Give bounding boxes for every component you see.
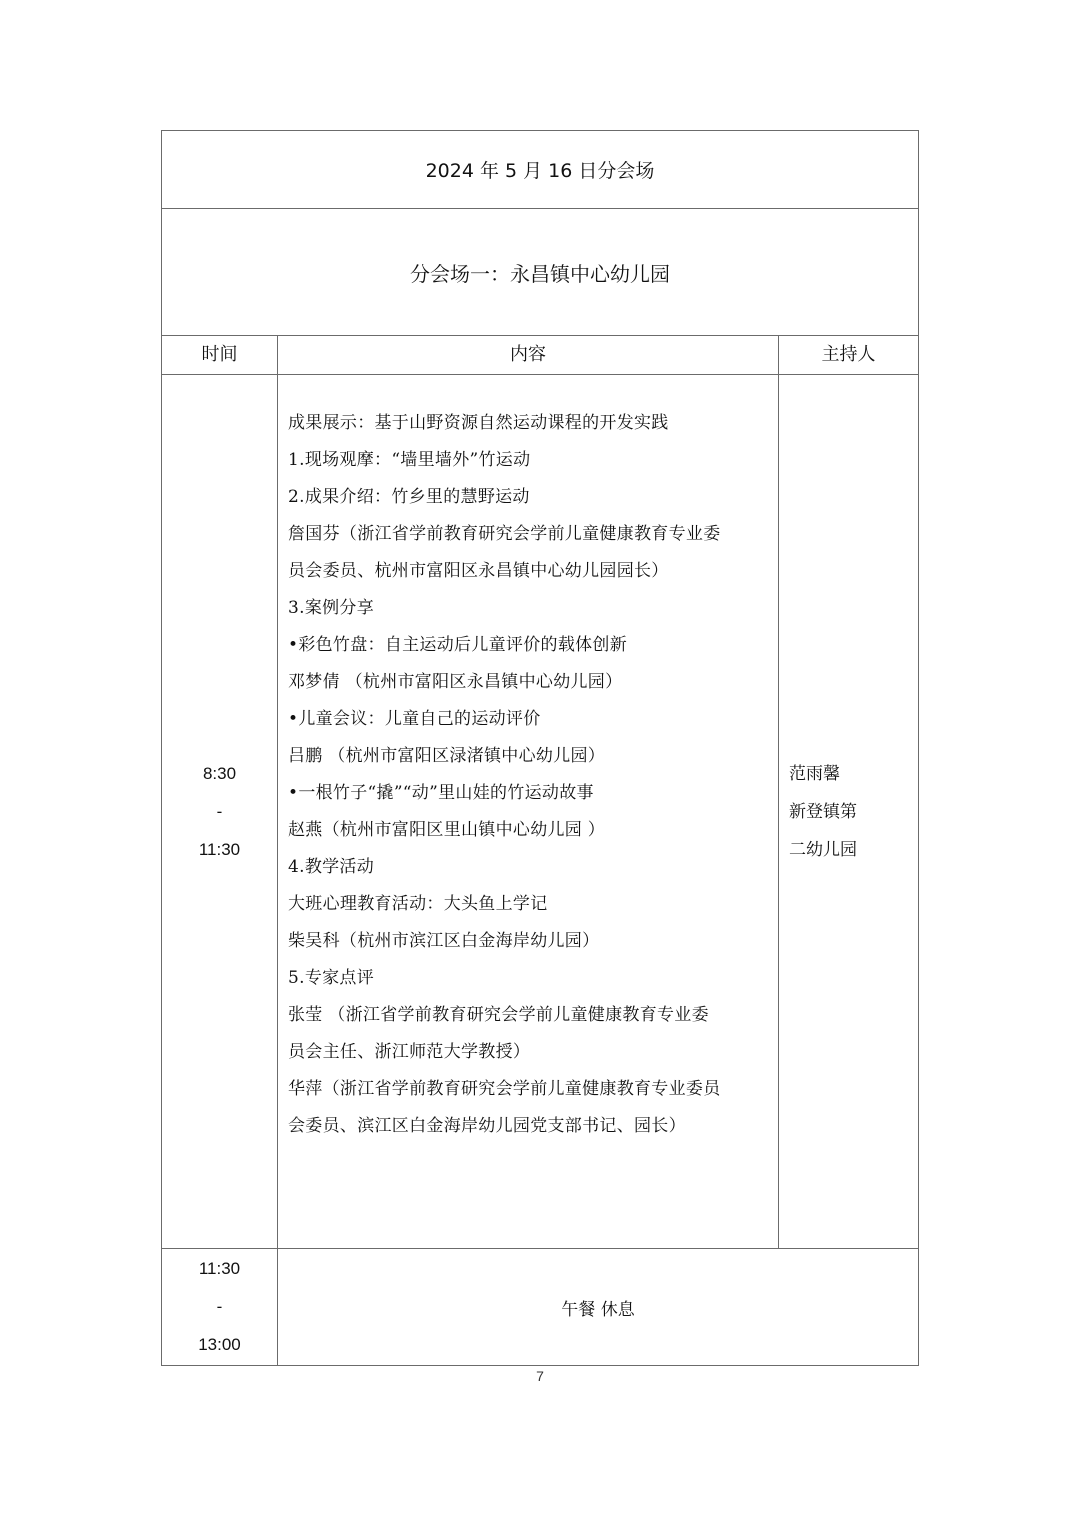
lunch-content: 午餐 休息 xyxy=(278,1249,918,1365)
session-row-lunch: 11:30 - 13:00 午餐 休息 xyxy=(162,1249,918,1365)
content-line: 4.教学活动 xyxy=(288,849,778,886)
content-line: 会委员、滨江区白金海岸幼儿园党支部书记、园长） xyxy=(288,1108,778,1145)
header-row: 时间 内容 主持人 xyxy=(162,336,918,375)
session-time: 8:30 - 11:30 xyxy=(162,375,278,1248)
date-title-row: 2024 年 5 月 16 日分会场 xyxy=(162,131,918,209)
content-line: 张莹 （浙江省学前教育研究会学前儿童健康教育专业委 xyxy=(288,997,778,1034)
session-row-morning: 8:30 - 11:30 成果展示：基于山野资源自然运动课程的开发实践 1.现场… xyxy=(162,375,918,1249)
content-line: 3.案例分享 xyxy=(288,590,778,627)
venue-title-row: 分会场一：永昌镇中心幼儿园 xyxy=(162,209,918,336)
content-line: 赵燕（杭州市富阳区里山镇中心幼儿园 ） xyxy=(288,812,778,849)
content-line: 1.现场观摩：“墙里墙外”竹运动 xyxy=(288,442,778,479)
content-line: 柴吴科（杭州市滨江区白金海岸幼儿园） xyxy=(288,923,778,960)
host-line: 新登镇第 xyxy=(789,793,918,831)
time-start: 11:30 xyxy=(199,1250,240,1288)
content-line: •儿童会议：儿童自己的运动评价 xyxy=(288,701,778,738)
header-time: 时间 xyxy=(162,336,278,374)
content-line: •一根竹子“撬”“动”里山娃的竹运动故事 xyxy=(288,775,778,812)
session-time: 11:30 - 13:00 xyxy=(162,1249,278,1365)
content-line: 2.成果介绍：竹乡里的慧野运动 xyxy=(288,479,778,516)
content-line: 邓梦倩 （杭州市富阳区永昌镇中心幼儿园） xyxy=(288,664,778,701)
content-line: 5.专家点评 xyxy=(288,960,778,997)
content-line: 员会委员、杭州市富阳区永昌镇中心幼儿园园长） xyxy=(288,553,778,590)
content-line: 员会主任、浙江师范大学教授） xyxy=(288,1034,778,1071)
page-number: 7 xyxy=(0,1368,1080,1384)
content-line: 吕鹏 （杭州市富阳区渌渚镇中心幼儿园） xyxy=(288,738,778,775)
host-line: 范雨馨 xyxy=(789,755,918,793)
venue-title: 分会场一：永昌镇中心幼儿园 xyxy=(410,258,670,287)
content-line: •彩色竹盘：自主运动后儿童评价的载体创新 xyxy=(288,627,778,664)
header-content: 内容 xyxy=(278,336,779,374)
time-end: 13:00 xyxy=(198,1326,241,1364)
lunch-label: 午餐 休息 xyxy=(561,1295,634,1320)
date-title: 2024 年 5 月 16 日分会场 xyxy=(426,156,655,183)
time-start: 8:30 xyxy=(203,755,236,793)
content-line: 詹国芬（浙江省学前教育研究会学前儿童健康教育专业委 xyxy=(288,516,778,553)
host-line: 二幼儿园 xyxy=(789,831,918,869)
session-host: 范雨馨 新登镇第 二幼儿园 xyxy=(779,375,918,1248)
content-line: 成果展示：基于山野资源自然运动课程的开发实践 xyxy=(288,405,778,442)
time-end: 11:30 xyxy=(199,831,240,869)
header-host: 主持人 xyxy=(779,336,918,374)
content-line: 华萍（浙江省学前教育研究会学前儿童健康教育专业委员 xyxy=(288,1071,778,1108)
time-separator: - xyxy=(217,793,223,831)
content-line: 大班心理教育活动：大头鱼上学记 xyxy=(288,886,778,923)
session-content: 成果展示：基于山野资源自然运动课程的开发实践 1.现场观摩：“墙里墙外”竹运动 … xyxy=(278,375,779,1248)
schedule-table: 2024 年 5 月 16 日分会场 分会场一：永昌镇中心幼儿园 时间 内容 主… xyxy=(161,130,919,1366)
time-separator: - xyxy=(217,1288,223,1326)
